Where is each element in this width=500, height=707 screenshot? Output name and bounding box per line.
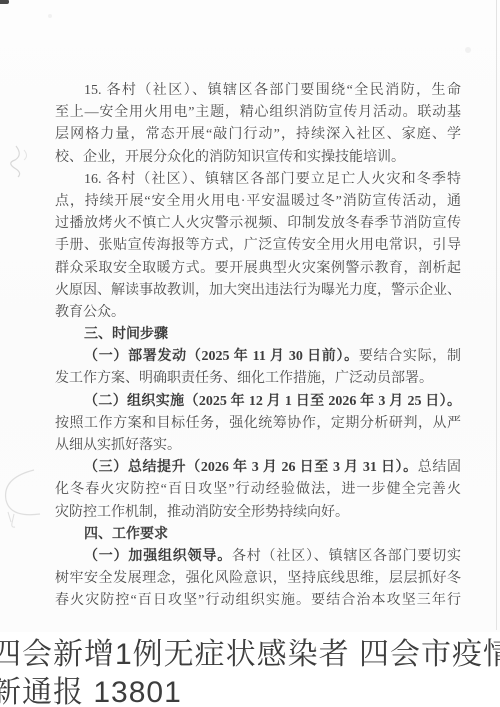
document-line-text: 要结合实际，制	[359, 349, 461, 364]
document-line: 化冬春火灾防控“百日攻坚”行动经验做法，进一步健全完善火	[55, 479, 461, 501]
document-line-bold-text: 四、工作要求	[84, 527, 168, 542]
document-line-text: 总结固	[418, 460, 461, 475]
document-line-text: 15. 各村（社区）、镇辖区各部门要围绕“全民消防，生命	[84, 83, 461, 98]
caption-line-1: 四会新增1例无症状感染者 四会市疫情防控最	[0, 636, 500, 674]
document-line-text: 16. 各村（社区）、镇辖区各部门要立足亡人火灾和冬季特	[84, 172, 461, 187]
document-line: 树牢安全发展理念，强化风险意识，坚持底线思维，层层抓好冬	[55, 568, 461, 590]
document-line-text: 点，持续开展“安全用火用电·平安温暖过冬”消防宣传活动，通	[55, 194, 461, 209]
document-line: （二）组织实施（2025 年 12 月 1 日至 2026 年 3 月 25 日…	[55, 391, 461, 413]
scan-edge-line	[496, 0, 497, 630]
document-line: 春火灾防控“百日攻坚”行动组织实施。要结合治本攻坚三年行	[55, 590, 461, 612]
document-line: 发工作方案、明确职责任务、细化工作措施，广泛动员部署。	[55, 368, 461, 390]
document-line-bold-text: （三）总结提升（2026 年 3 月 26 日至 3 月 31 日）。	[84, 460, 418, 475]
document-line: 灾防控工作机制，推动消防安全形势持续向好。	[55, 502, 461, 524]
document-line: 点，持续开展“安全用火用电·平安温暖过冬”消防宣传活动，通	[55, 191, 461, 213]
document-line: （三）总结提升（2026 年 3 月 26 日至 3 月 31 日）。总结固	[55, 457, 461, 479]
document-line-text: 群众采取安全取暖方式。要开展典型火灾案例警示教育，剖析起	[55, 261, 461, 276]
document-line-text: 校、企业，开展分众化的消防知识宣传和实操技能培训。	[55, 150, 405, 165]
document-line-bold-text: （二）组织实施（2025 年 12 月 1 日至 2026 年 3 月 25 日…	[84, 394, 461, 409]
document-line: 三、时间步骤	[55, 324, 461, 346]
document-line-text: 化冬春火灾防控“百日攻坚”行动经验做法，进一步健全完善火	[55, 482, 461, 497]
document-line: 16. 各村（社区）、镇辖区各部门要立足亡人火灾和冬季特	[55, 169, 461, 191]
document-line: 教育公众。	[55, 302, 461, 324]
scanned-document: 15. 各村（社区）、镇辖区各部门要围绕“全民消防，生命至上—安全用火用电”主题…	[0, 0, 500, 632]
document-line: 至上—安全用火用电”主题，精心组织消防宣传月活动。联动基	[55, 102, 461, 124]
document-line: （一）加强组织领导。各村（社区）、镇辖区各部门要切实	[55, 546, 461, 568]
document-line-text: 春火灾防控“百日攻坚”行动组织实施。要结合治本攻坚三年行	[55, 593, 461, 608]
document-line: 过播放烤火不慎亡人火灾警示视频、印制发放冬春季节消防宣传	[55, 213, 461, 235]
document-line-text: 至上—安全用火用电”主题，精心组织消防宣传月活动。联动基	[55, 105, 461, 120]
document-line: 校、企业，开展分众化的消防知识宣传和实操技能培训。	[55, 147, 461, 169]
document-line: 群众采取安全取暖方式。要开展典型火灾案例警示教育，剖析起	[55, 258, 461, 280]
document-line-text: 树牢安全发展理念，强化风险意识，坚持底线思维，层层抓好冬	[55, 571, 461, 586]
document-line-text: 手册、张贴宣传海报等方式，广泛宣传安全用火用电常识，引导	[55, 238, 461, 253]
document-line: 层网格力量，常态开展“敲门行动”，持续深入社区、家庭、学	[55, 124, 461, 146]
document-line: （一）部署发动（2025 年 11 月 30 日前）。要结合实际，制	[55, 346, 461, 368]
document-line: 四、工作要求	[55, 524, 461, 546]
document-line: 从细从实抓好落实。	[55, 435, 461, 457]
document-line: 15. 各村（社区）、镇辖区各部门要围绕“全民消防，生命	[55, 80, 461, 102]
document-body: 15. 各村（社区）、镇辖区各部门要围绕“全民消防，生命至上—安全用火用电”主题…	[55, 80, 461, 613]
document-line-text: 过播放烤火不慎亡人火灾警示视频、印制发放冬春季节消防宣传	[55, 216, 461, 231]
caption-line-2: 新通报 13801	[0, 674, 500, 707]
document-line-text: 层网格力量，常态开展“敲门行动”，持续深入社区、家庭、学	[55, 127, 461, 142]
document-line-text: 各村（社区）、镇辖区各部门要切实	[232, 549, 461, 564]
news-caption: 四会新增1例无症状感染者 四会市疫情防控最 新通报 13801	[0, 632, 500, 707]
document-line: 手册、张贴宣传海报等方式，广泛宣传安全用火用电常识，引导	[55, 235, 461, 257]
document-line-text: 发工作方案、明确职责任务、细化工作措施，广泛动员部署。	[55, 371, 433, 386]
document-line: 按照工作方案和目标任务，强化统筹协作，定期分析研判，从严	[55, 413, 461, 435]
document-line-bold-text: 三、时间步骤	[84, 327, 168, 342]
document-line-text: 火原因、解读事故教训，加大突出违法行为曝光力度，警示企业、	[55, 283, 461, 298]
document-line: 火原因、解读事故教训，加大突出违法行为曝光力度，警示企业、	[55, 280, 461, 302]
document-line-text: 教育公众。	[55, 305, 125, 320]
document-line-bold-text: （一）部署发动（2025 年 11 月 30 日前）。	[84, 349, 359, 364]
scan-corner-mark	[0, 0, 9, 4]
document-line-text: 按照工作方案和目标任务，强化统筹协作，定期分析研判，从严	[55, 416, 461, 431]
document-line-text: 从细从实抓好落实。	[55, 438, 181, 453]
document-line-text: 灾防控工作机制，推动消防安全形势持续向好。	[55, 505, 349, 520]
document-line-bold-text: （一）加强组织领导。	[84, 549, 232, 564]
